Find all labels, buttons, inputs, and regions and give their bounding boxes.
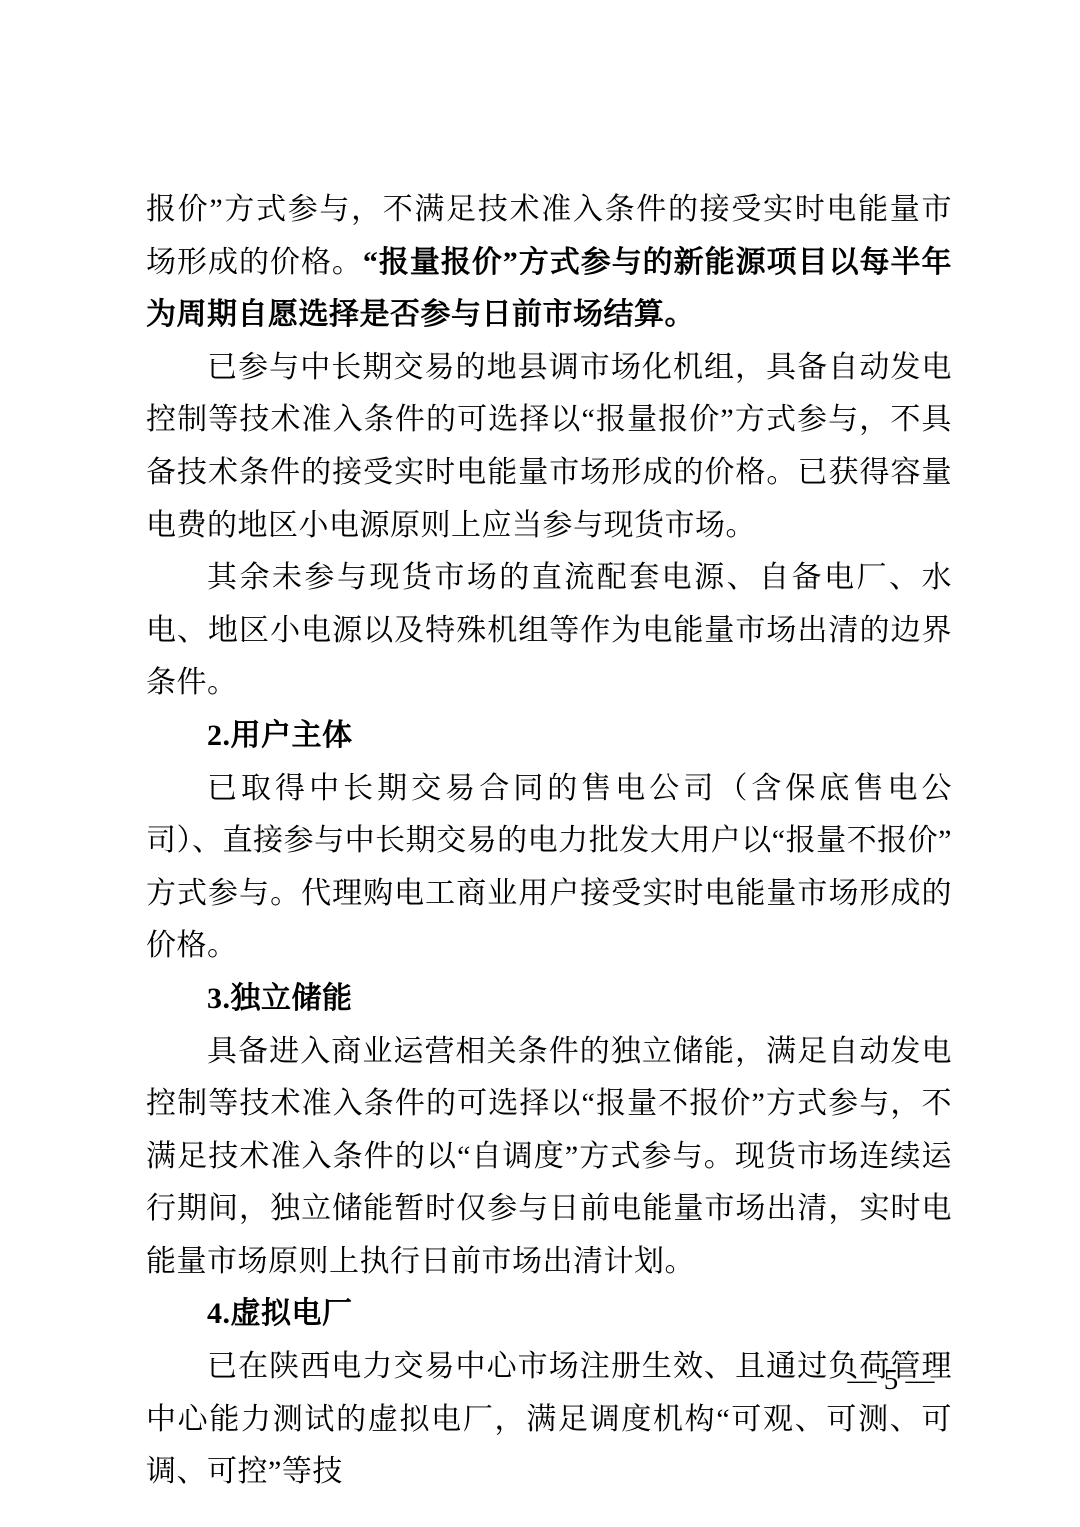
section-heading-independent-storage: 3.独立储能 [146,973,952,1026]
section-heading-virtual-power-plant: 4.虚拟电厂 [146,1288,952,1341]
document-page: 报价”方式参与，不满足技术准入条件的接受实时电能量市场形成的价格。“报量报价”方… [0,0,1080,1527]
paragraph-virtual-power-plant: 已在陕西电力交易中心市场注册生效、且通过负荷管理中心能力测试的虚拟电厂，满足调度… [146,1341,952,1499]
paragraph-independent-storage: 具备进入商业运营相关条件的独立储能，满足自动发电控制等技术准入条件的可选择以“报… [146,1026,952,1289]
paragraph-user-entities: 已取得中长期交易合同的售电公司（含保底售电公司）、直接参与中长期交易的电力批发大… [146,763,952,973]
section-heading-user-entities: 2.用户主体 [146,710,952,763]
document-body: 报价”方式参与，不满足技术准入条件的接受实时电能量市场形成的价格。“报量报价”方… [146,184,952,1499]
page-number: — 5 — [836,1360,946,1400]
paragraph-boundary-conditions: 其余未参与现货市场的直流配套电源、自备电厂、水电、地区小电源以及特殊机组等作为电… [146,552,952,710]
paragraph-midlongterm-units: 已参与中长期交易的地县调市场化机组，具备自动发电控制等技术准入条件的可选择以“报… [146,342,952,552]
paragraph-continued: 报价”方式参与，不满足技术准入条件的接受实时电能量市场形成的价格。“报量报价”方… [146,184,952,342]
